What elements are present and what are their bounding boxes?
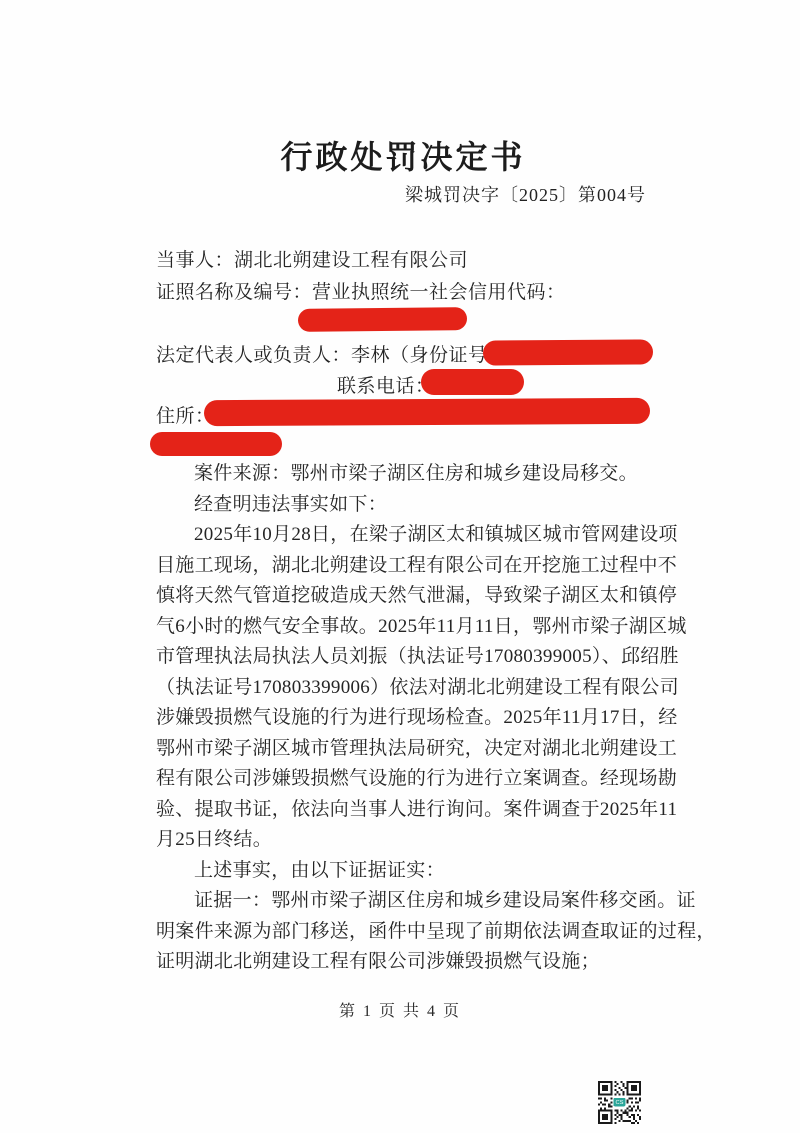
body-line: 目施工现场，湖北北朔建设工程有限公司在开挖施工过程中不 bbox=[156, 551, 676, 582]
body-line: 涉嫌毁损燃气设施的行为进行现场检查。2025年11月17日，经 bbox=[156, 703, 676, 734]
body-line: 经查明违法事实如下： bbox=[156, 490, 676, 521]
address-redaction-line2 bbox=[150, 432, 282, 456]
body-line: （执法证号170803399006）依法对湖北北朔建设工程有限公司 bbox=[156, 673, 676, 704]
license-line: 证照名称及编号：营业执照统一社会信用代码： bbox=[156, 277, 566, 304]
party-value: 湖北北朔建设工程有限公司 bbox=[234, 250, 468, 271]
legal-rep-name: 李林 bbox=[351, 345, 390, 366]
document-title: 行政处罚决定书 bbox=[148, 132, 658, 178]
page-number-indicator: 第 1 页 共 4 页 bbox=[0, 998, 800, 1021]
license-value: 营业执照统一社会信用代码： bbox=[312, 282, 566, 303]
body-line: 证明湖北北朔建设工程有限公司涉嫌毁损燃气设施； bbox=[156, 947, 676, 978]
legal-rep-line: 法定代表人或负责人：李林（身份证号码： bbox=[156, 340, 527, 367]
body-line: 月25日终结。 bbox=[156, 825, 676, 856]
party-label: 当事人： bbox=[156, 250, 234, 271]
qr-code-icon: CS bbox=[598, 1081, 641, 1124]
body-line: 慎将天然气管道挖破造成天然气泄漏，导致梁子湖区太和镇停 bbox=[156, 581, 676, 612]
body-line: 2025年10月28日，在梁子湖区太和镇城区城市管网建设项 bbox=[156, 520, 676, 551]
address-redaction-line1 bbox=[204, 398, 650, 426]
phone-line: 联系电话： bbox=[337, 371, 435, 398]
credit-code-redaction bbox=[298, 307, 467, 332]
body-line: 证据一：鄂州市梁子湖区住房和城乡建设局案件移交函。证 bbox=[156, 886, 676, 917]
qr-badge-text: CS bbox=[616, 1100, 624, 1106]
document-page: 行政处罚决定书 梁城罚决字〔2025〕第004号 当事人：湖北北朔建设工程有限公… bbox=[0, 0, 800, 1133]
body-line: 气6小时的燃气安全事故。2025年11月11日，鄂州市梁子湖区城 bbox=[156, 612, 676, 643]
body-line: 案件来源：鄂州市梁子湖区住房和城乡建设局移交。 bbox=[156, 459, 676, 490]
body-line: 鄂州市梁子湖区城市管理执法局研究，决定对湖北北朔建设工 bbox=[156, 734, 676, 765]
document-number: 梁城罚决字〔2025〕第004号 bbox=[405, 181, 646, 207]
phone-redaction bbox=[421, 369, 524, 395]
body-line: 明案件来源为部门移送，函件中呈现了前期依法调查取证的过程， bbox=[156, 917, 676, 948]
body-line: 市管理执法局执法人员刘振（执法证号17080399005）、邱绍胜 bbox=[156, 642, 676, 673]
body-line: 程有限公司涉嫌毁损燃气设施的行为进行立案调查。经现场勘 bbox=[156, 764, 676, 795]
id-number-redaction bbox=[483, 339, 653, 365]
body-line: 验、提取书证，依法向当事人进行询问。案件调查于2025年11 bbox=[156, 795, 676, 826]
legal-rep-label: 法定代表人或负责人： bbox=[156, 345, 351, 366]
license-label: 证照名称及编号： bbox=[156, 282, 312, 303]
party-line: 当事人：湖北北朔建设工程有限公司 bbox=[156, 245, 468, 272]
body-line: 上述事实，由以下证据证实： bbox=[156, 856, 676, 887]
phone-label: 联系电话： bbox=[337, 376, 435, 397]
body-text: 案件来源：鄂州市梁子湖区住房和城乡建设局移交。 经查明违法事实如下： 2025年… bbox=[156, 459, 676, 978]
